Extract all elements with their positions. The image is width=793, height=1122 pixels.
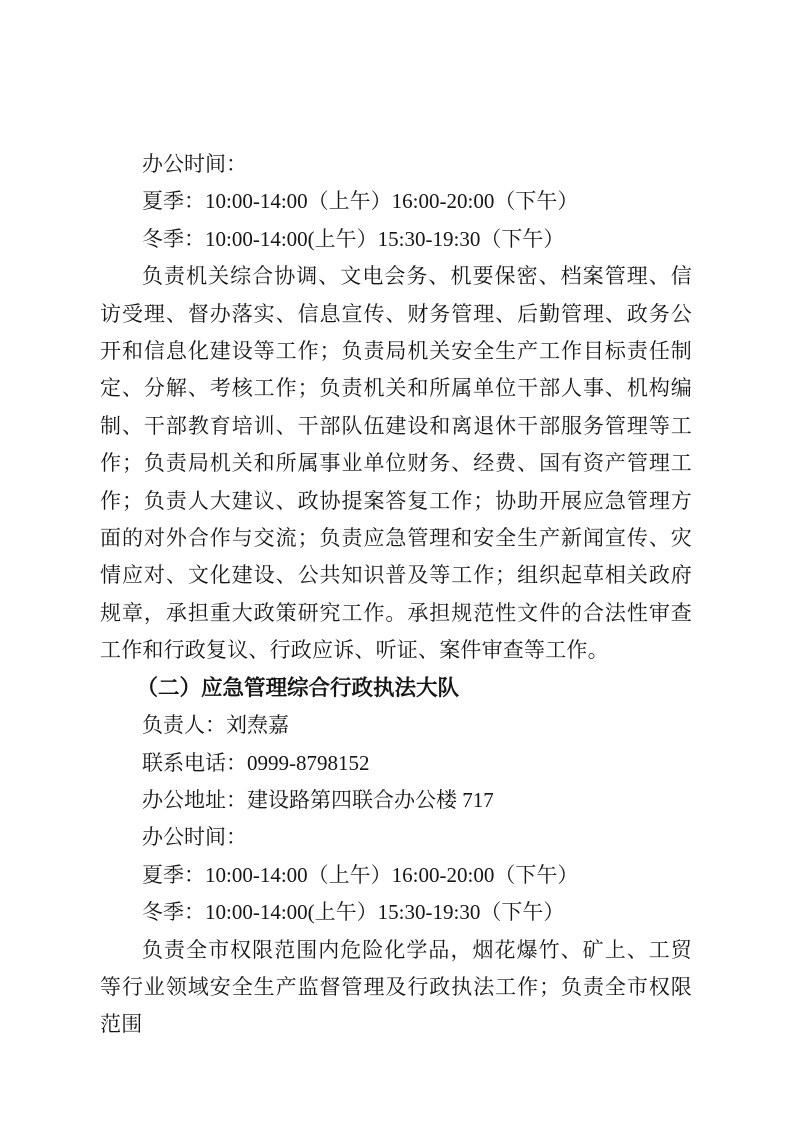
section-2-leader-line: 负责人：刘焘嘉 (100, 707, 692, 744)
document-content: 办公时间： 夏季：10:00-14:00（上午）16:00-20:00（下午） … (100, 146, 692, 1044)
section-2-summer-hours: 夏季：10:00-14:00（上午）16:00-20:00（下午） (100, 857, 692, 894)
section-2-duties-paragraph: 负责全市权限范围内危险化学品，烟花爆竹、矿上、工贸等行业领域安全生产监督管理及行… (100, 932, 692, 1044)
section-2-heading: （二）应急管理综合行政执法大队 (100, 670, 692, 707)
section-2-winter-hours: 冬季：10:00-14:00(上午）15:30-19:30（下午） (100, 894, 692, 931)
section-1-winter-hours: 冬季：10:00-14:00(上午）15:30-19:30（下午） (100, 221, 692, 258)
section-2-address-line: 办公地址：建设路第四联合办公楼 717 (100, 782, 692, 819)
section-2-phone-line: 联系电话：0999-8798152 (100, 745, 692, 782)
section-1-office-hours-label: 办公时间： (100, 146, 692, 183)
document-page: 办公时间： 夏季：10:00-14:00（上午）16:00-20:00（下午） … (0, 0, 793, 1122)
section-1-summer-hours: 夏季：10:00-14:00（上午）16:00-20:00（下午） (100, 183, 692, 220)
section-2-office-hours-label: 办公时间： (100, 819, 692, 856)
section-1-duties-paragraph: 负责机关综合协调、文电会务、机要保密、档案管理、信访受理、督办落实、信息宣传、财… (100, 258, 692, 669)
